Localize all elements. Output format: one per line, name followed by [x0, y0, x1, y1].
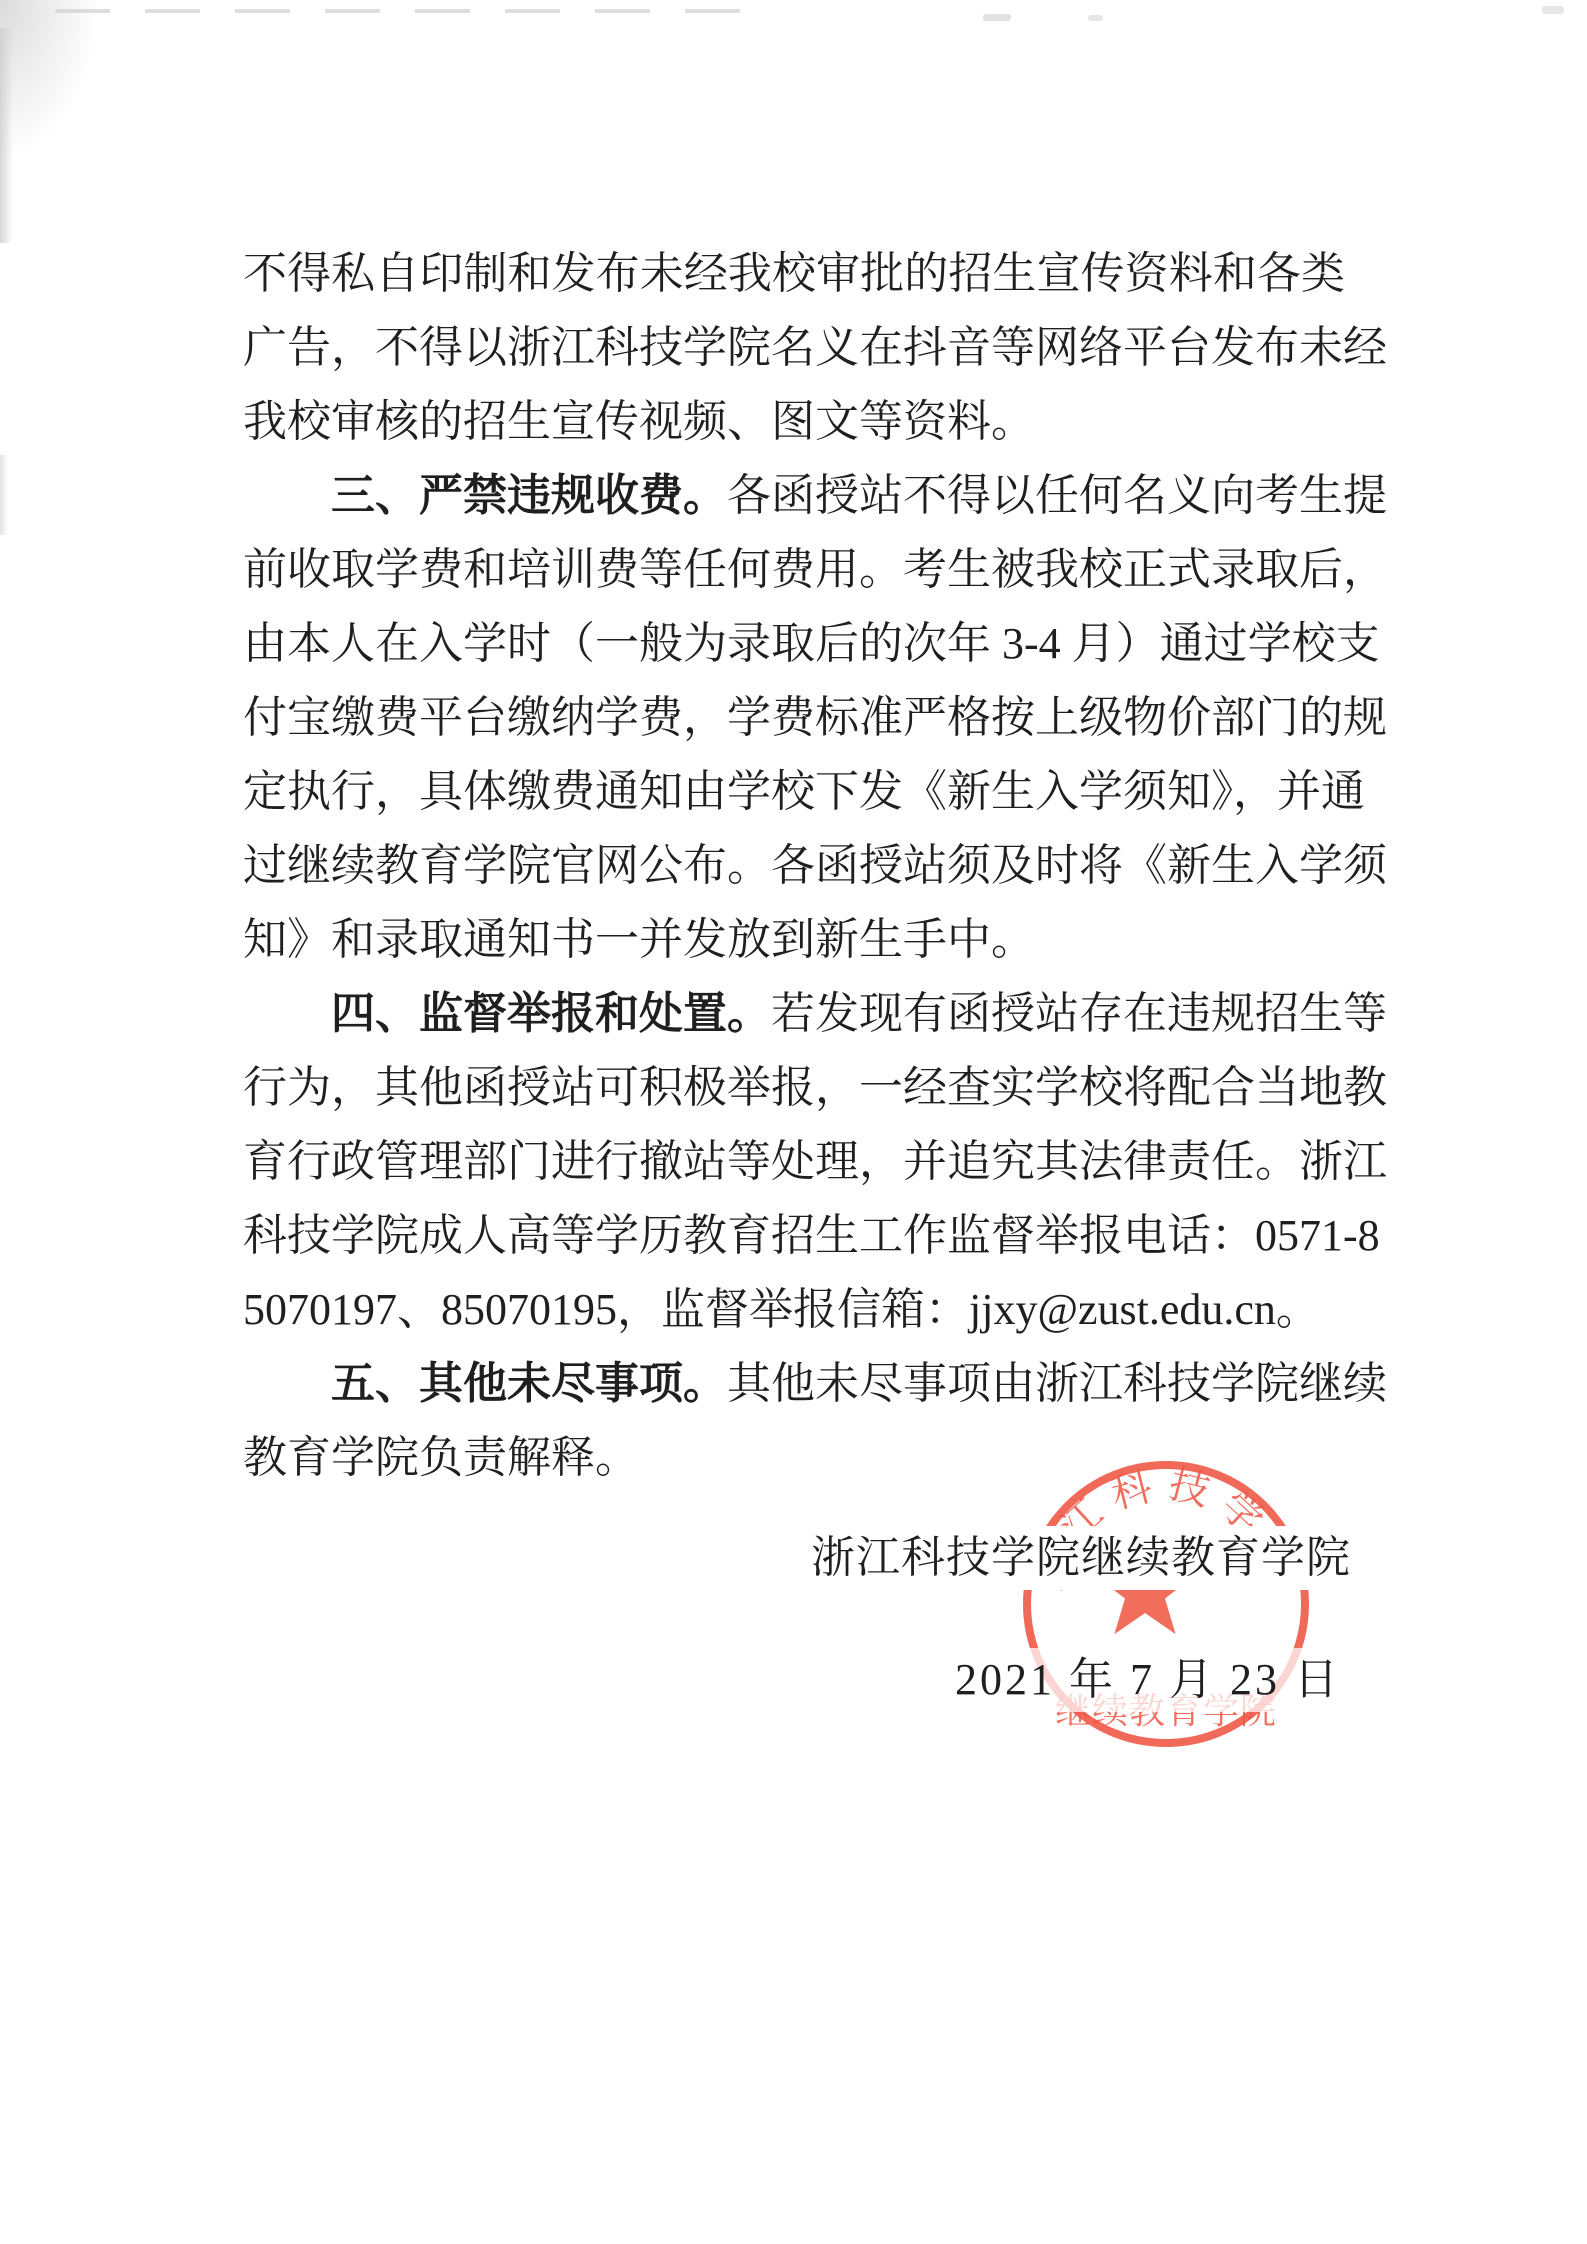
section-heading-4: 四、监督举报和处置。: [331, 989, 771, 1038]
paragraph-line: 定执行，具体缴费通知由学校下发《新生入学须知》，并通: [243, 755, 1345, 829]
paragraph-line: 前收取学费和培训费等任何费用。考生被我校正式录取后，: [243, 533, 1345, 607]
scan-artifact-spot-3: [1542, 6, 1564, 14]
scan-artifact-spot-1: [983, 14, 1011, 21]
scan-artifact-top-line: [55, 9, 775, 13]
signature-org: 浙江科技学院继续教育学院: [805, 1526, 1357, 1590]
line-text: 若发现有函授站存在违规招生等: [771, 989, 1387, 1038]
paragraph-line-section-3: 三、严禁违规收费。各函授站不得以任何名义向考生提: [243, 459, 1345, 533]
paragraph-line: 育行政管理部门进行撤站等处理，并追究其法律责任。浙江: [243, 1125, 1345, 1199]
signature-date: 2021 年 7 月 23 日: [951, 1648, 1345, 1712]
section-heading-5: 五、其他未尽事项。: [331, 1359, 727, 1408]
paragraph-line: 行为，其他函授站可积极举报，一经查实学校将配合当地教: [243, 1051, 1345, 1125]
scan-artifact-left-streak-2: [0, 455, 8, 535]
section-heading-3: 三、严禁违规收费。: [331, 471, 727, 520]
paragraph-line: 知》和录取通知书一并发放到新生手中。: [243, 903, 1345, 977]
scan-artifact-spot-2: [1088, 15, 1103, 21]
paragraph-line: 由本人在入学时（一般为录取后的次年 3-4 月）通过学校支: [243, 607, 1345, 681]
line-text: 各函授站不得以任何名义向考生提: [727, 471, 1387, 520]
paragraph-line: 广告，不得以浙江科技学院名义在抖音等网络平台发布未经: [243, 311, 1345, 385]
paragraph-line: 5070197、85070195，监督举报信箱：jjxy@zust.edu.cn…: [243, 1273, 1345, 1347]
paragraph-line: 付宝缴费平台缴纳学费，学费标准严格按上级物价部门的规: [243, 681, 1345, 755]
paragraph-line: 我校审核的招生宣传视频、图文等资料。: [243, 385, 1345, 459]
line-text: 其他未尽事项由浙江科技学院继续: [727, 1359, 1387, 1408]
paragraph-line: 过继续教育学院官网公布。各函授站须及时将《新生入学须: [243, 829, 1345, 903]
document-page: 不得私自印制和发布未经我校审批的招生宣传资料和各类 广告，不得以浙江科技学院名义…: [0, 0, 1587, 2244]
paragraph-line-section-5: 五、其他未尽事项。其他未尽事项由浙江科技学院继续: [243, 1347, 1345, 1421]
paragraph-line: 科技学院成人高等学历教育招生工作监督举报电话：0571-8: [243, 1199, 1345, 1273]
paragraph-line: 不得私自印制和发布未经我校审批的招生宣传资料和各类: [243, 237, 1345, 311]
paragraph-line-section-4: 四、监督举报和处置。若发现有函授站存在违规招生等: [243, 977, 1345, 1051]
document-body: 不得私自印制和发布未经我校审批的招生宣传资料和各类 广告，不得以浙江科技学院名义…: [243, 237, 1345, 1495]
scan-artifact-left-streak: [0, 28, 13, 243]
scan-artifact-corner: [0, 0, 100, 160]
